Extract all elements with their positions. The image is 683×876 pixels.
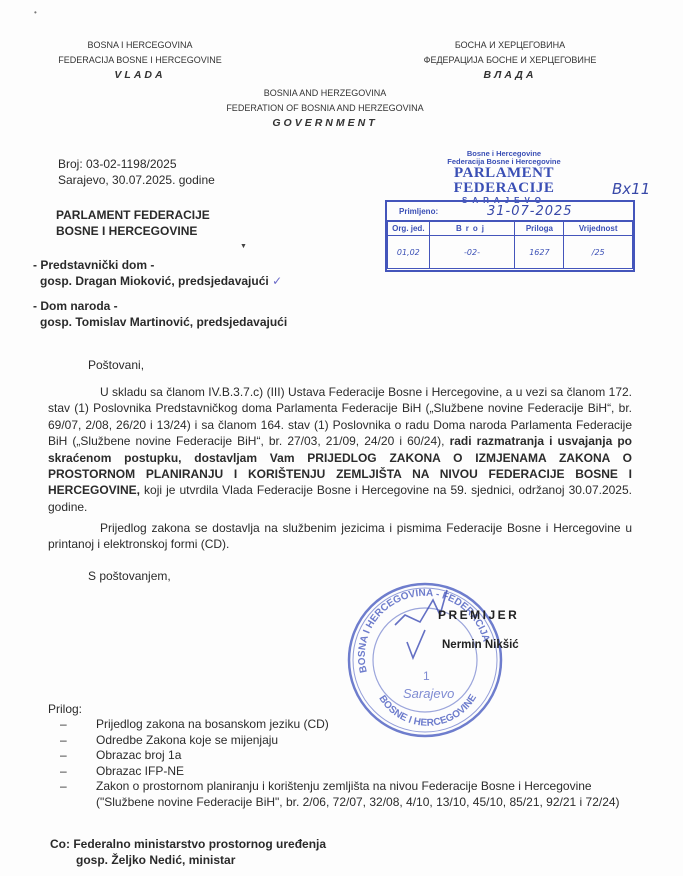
paragraph-2: Prijedlog zakona se dostavlja na služben… [48,520,632,553]
recipient-line1: PARLAMENT FEDERACIJE [56,207,210,223]
header-right: БОСНА И ХЕРЦЕГОВИНА ФЕДЕРАЦИЈА БОСНЕ И Х… [410,38,610,83]
signature-name: Nermin Nikšić [442,639,519,651]
seal-city: Sarajevo [403,686,454,701]
attachment-text: Prijedlog zakona na bosanskom jeziku (CD… [96,717,329,731]
copy-to-person: gosp. Željko Nedić, ministar [50,852,326,868]
house-title: - Predstavnički dom - [33,257,282,273]
val-org-unit: 01,02 [388,236,430,269]
copy-to-ministry: Co: Federalno ministarstvo prostornog ur… [50,836,326,852]
reference-number: Broj: 03-02-1198/2025 [58,156,215,172]
stamp-line3: PARLAMENT FEDERACIJE [404,166,604,196]
house-title: - Dom naroda - [33,298,287,314]
paragraph-1: U skladu sa članom IV.B.3.7.c) (III) Ust… [48,384,632,515]
header-left-federation: FEDERACIJA BOSNE I HERCEGOVINE [40,53,240,68]
official-seal-icon: BOSNA I HERCEGOVINA - FEDERACIJA BOSNE I… [345,580,505,740]
header-left-government: VLADA [40,68,240,83]
receipt-stamp-box: Primljeno: 31-07-2025 Org. jed. Broj Pri… [385,200,635,272]
reference-place-date: Sarajevo, 30.07.2025. godine [58,172,215,188]
attachment-item: –Prijedlog zakona na bosanskom jeziku (C… [50,717,630,733]
receipt-stamp-header: Bosne i Hercegovine Federacija Bosne i H… [404,150,604,206]
header-center: BOSNIA AND HERZEGOVINA FEDERATION OF BOS… [200,86,450,131]
received-row: Primljeno: 31-07-2025 [387,202,633,221]
col-org-unit: Org. jed. [388,222,430,236]
seal-number: 1 [423,669,430,683]
header-left-country: BOSNA I HERCEGOVINA [40,38,240,53]
header-center-government: GOVERNMENT [200,116,450,131]
col-attachments: Priloga [515,222,564,236]
header-right-country: БОСНА И ХЕРЦЕГОВИНА [410,38,610,53]
attachments-label: Prilog: [48,701,82,717]
attachment-text: Odredbe Zakona koje se mijenjaju [96,733,278,747]
val-number: -02- [429,236,515,269]
house-person-row: gosp. Dragan Mioković, predsjedavajući ✓ [33,273,282,289]
attachment-item: –Obrazac IFP-NE [50,764,630,780]
header-center-federation: FEDERATION OF BOSNIA AND HERZEGOVINA [200,101,450,116]
col-value: Vrijednost [564,222,633,236]
house-person: gosp. Tomislav Martinović, predsjedavaju… [33,314,287,330]
recipient-house-1: - Predstavnički dom - gosp. Dragan Mioko… [33,257,282,289]
header-right-federation: ФЕДЕРАЦИЈА БОСНЕ И ХЕРЦЕГОВИНЕ [410,53,610,68]
header-right-government: ВЛАДА [410,68,610,83]
recipient-block: PARLAMENT FEDERACIJE BOSNE I HERCEGOVINE [56,207,210,239]
col-number: Broj [429,222,515,236]
reference-block: Broj: 03-02-1198/2025 Sarajevo, 30.07.20… [58,156,215,188]
copy-to-block: Co: Federalno ministarstvo prostornog ur… [50,836,326,868]
attachment-text: Obrazac IFP-NE [96,764,184,778]
handwritten-note: Bx11 [612,180,650,198]
attachment-item: –Zakon o prostornom planiranju i korište… [50,779,630,810]
scan-mark: ▼ [240,243,247,250]
attachment-text: Zakon o prostornom planiranju i korišten… [96,779,620,809]
salutation: Poštovani, [88,357,144,373]
val-attachments: 1627 [515,236,564,269]
header-center-country: BOSNIA AND HERZEGOVINA [200,86,450,101]
house-person: gosp. Dragan Mioković, predsjedavajući [40,274,269,288]
closing: S poštovanjem, [88,568,171,584]
recipient-house-2: - Dom naroda - gosp. Tomislav Martinović… [33,298,287,330]
receipt-table: Org. jed. Broj Priloga Vrijednost 01,02 … [387,221,633,269]
attachment-text: Obrazac broj 1a [96,748,181,762]
attachment-item: –Obrazac broj 1a [50,748,630,764]
val-value: /25 [564,236,633,269]
recipient-line2: BOSNE I HERCEGOVINE [56,223,210,239]
checkmark-icon: ✓ [272,274,282,288]
received-label: Primljeno: [387,207,487,216]
attachment-item: –Odredbe Zakona koje se mijenjaju [50,733,630,749]
received-date: 31-07-2025 [487,204,573,219]
signature-title: PREMIJER [438,608,519,622]
scan-speck: • [34,8,37,17]
header-left: BOSNA I HERCEGOVINA FEDERACIJA BOSNE I H… [40,38,240,83]
attachments-list: –Prijedlog zakona na bosanskom jeziku (C… [50,717,630,810]
